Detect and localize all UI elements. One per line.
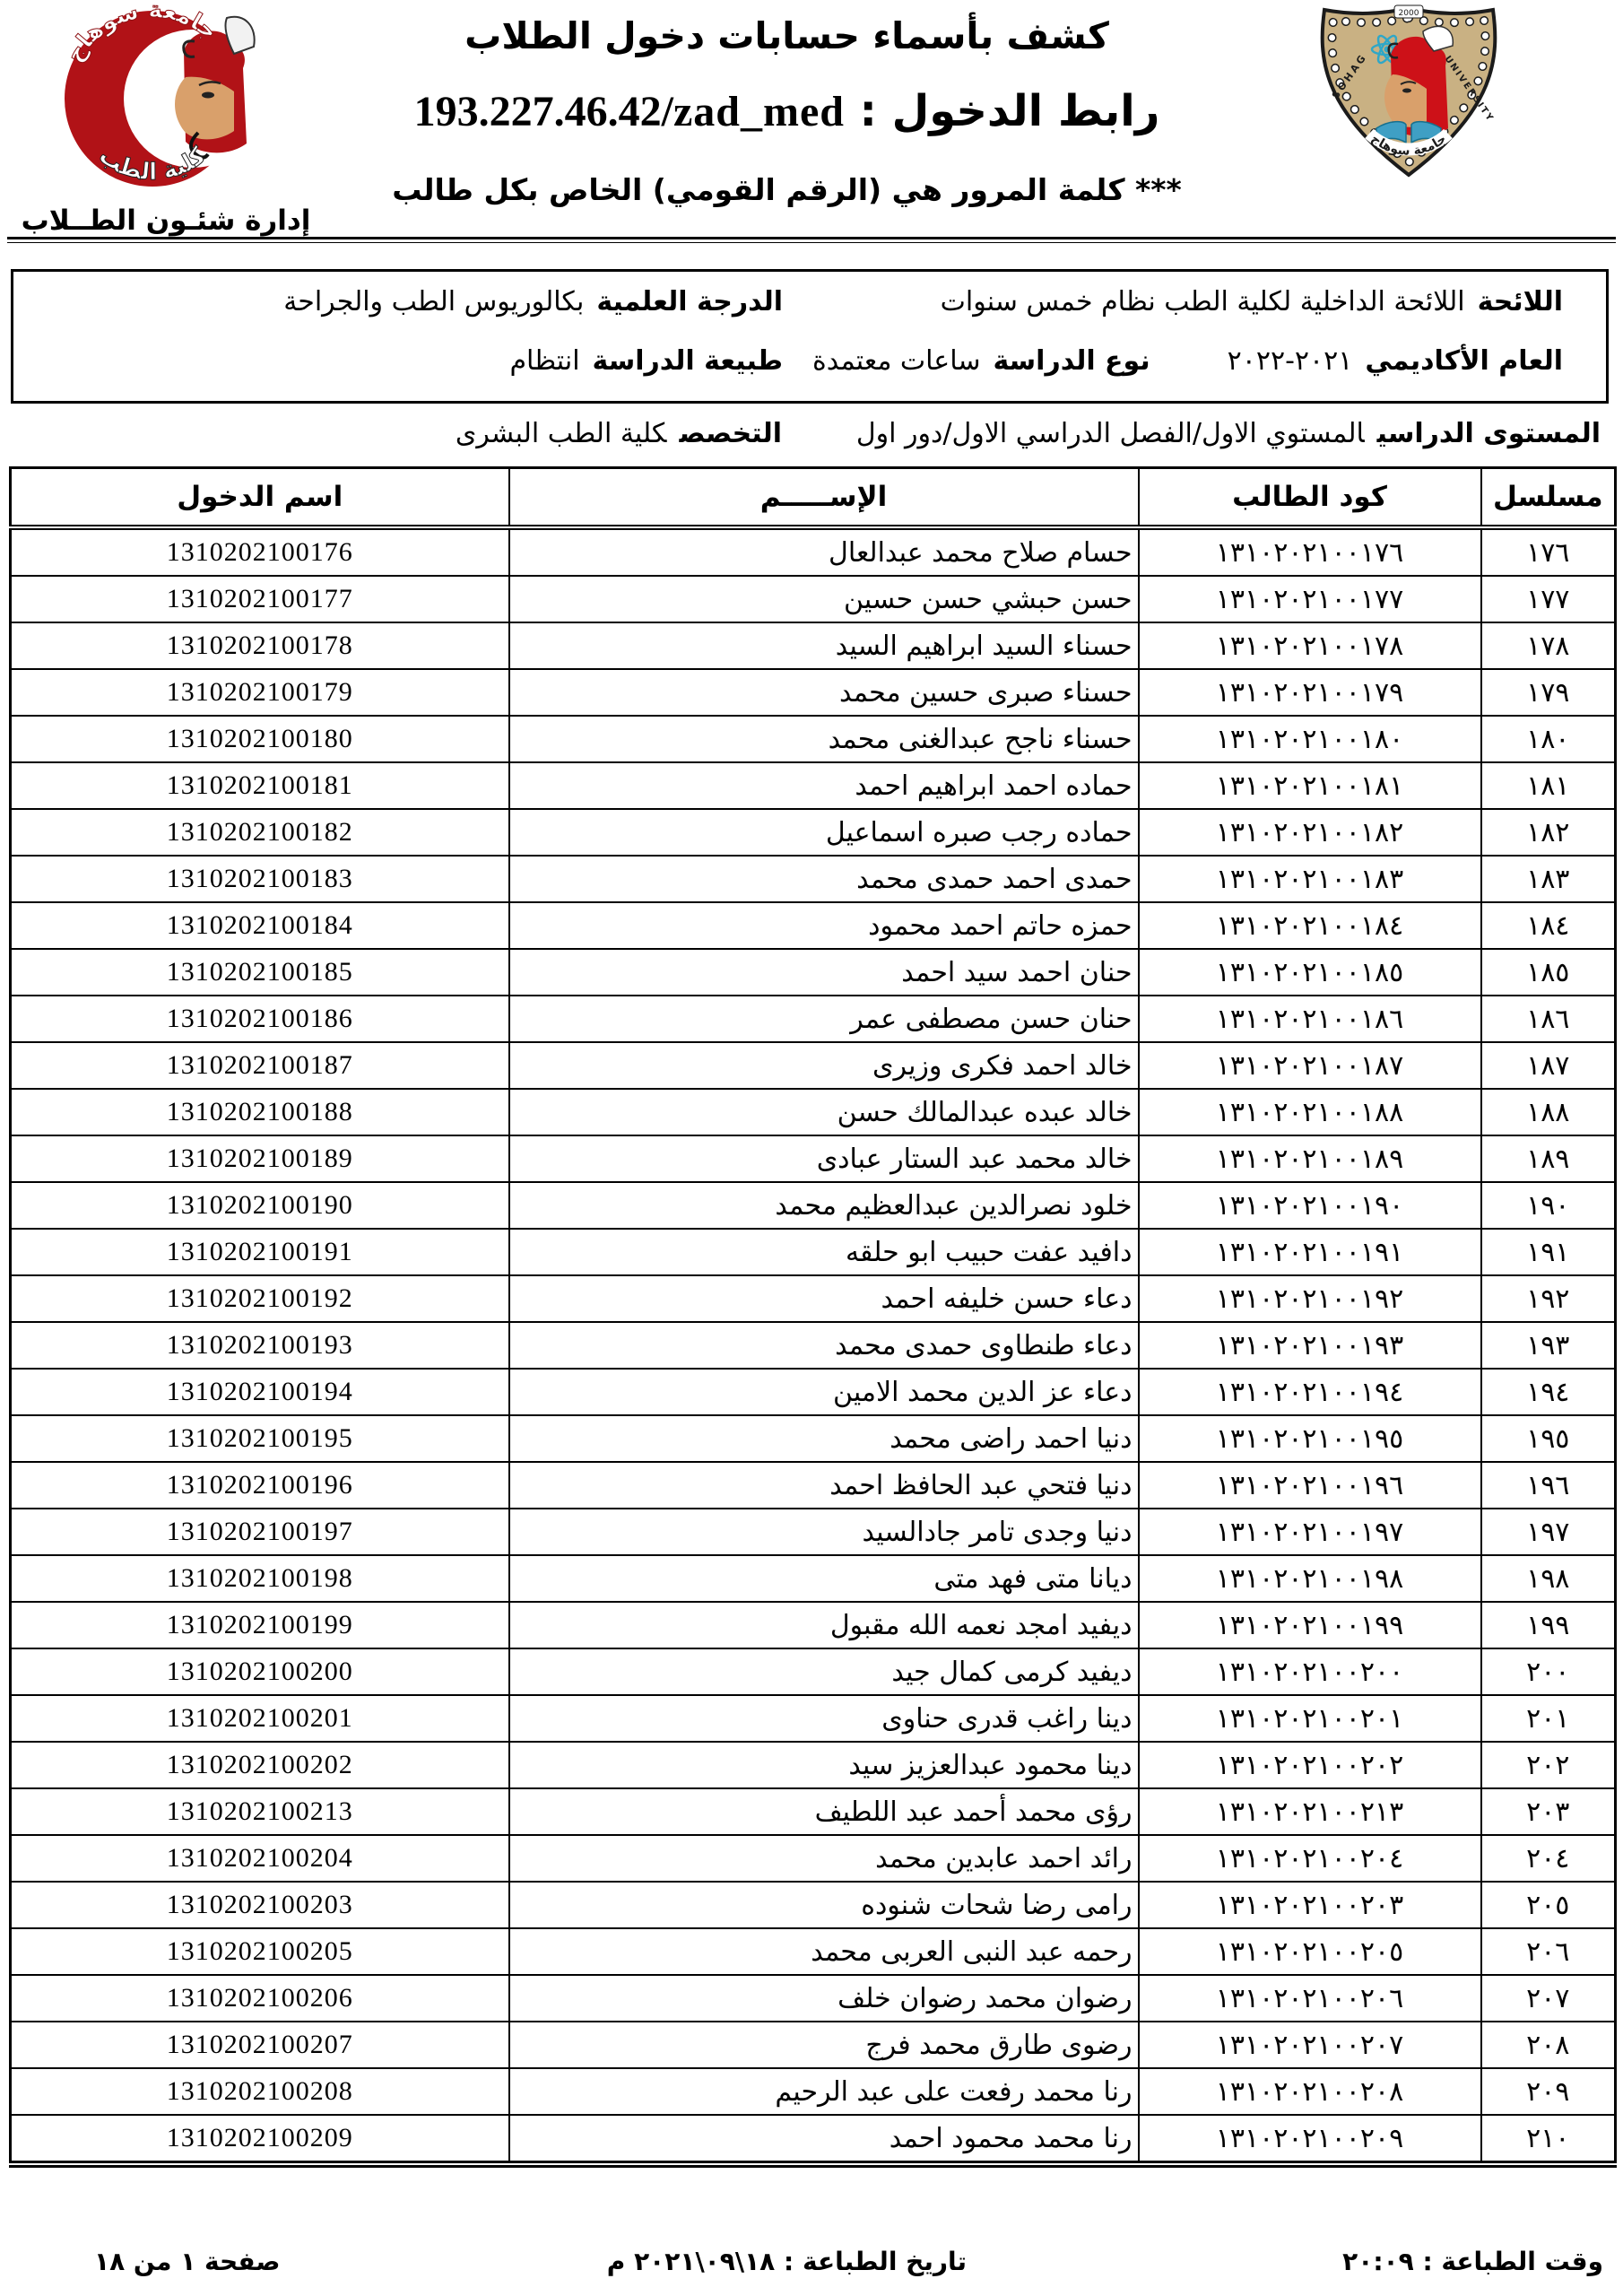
cell-code: ١٣١٠٢٠٢١٠٠٢٠٠ [1139,1648,1481,1695]
level-field: المستوى الدراسيالمستوي الاول/الفصل الدرا… [856,418,1601,449]
cell-serial: ١٩٠ [1481,1182,1616,1229]
cell-name: دينا راغب قدرى حناوى [509,1695,1139,1742]
cell-name: حسن حبشي حسن حسين [509,576,1139,622]
table-row: ٢٠١١٣١٠٢٠٢١٠٠٢٠١دينا راغب قدرى حناوى1310… [11,1695,1616,1742]
cell-name: حسام صلاح محمد عبدالعال [509,527,1139,576]
regulation-field: اللائحةاللائحة الداخلية لكلية الطب نظام … [941,286,1563,317]
document-page: جامعة سوهاج كلية الطب إدارة شئـون الطــل… [0,0,1623,2296]
cell-name: رنا محمد رفعت على عبد الرحيم [509,2068,1139,2115]
cell-serial: ٢٠٧ [1481,1975,1616,2022]
header-serial: مسلسل [1481,468,1616,528]
login-link-value: 193.227.46.42/zad_med [414,88,845,135]
cell-serial: ١٩٦ [1481,1462,1616,1509]
cell-serial: ١٩٤ [1481,1369,1616,1415]
study-type-value: ساعات معتمدة [812,345,981,377]
cell-name: دنيا احمد راضى محمد [509,1415,1139,1462]
cell-serial: ٢٠٣ [1481,1788,1616,1835]
cell-name: دافيد عفت حبيب ابو حلقه [509,1229,1139,1275]
cell-serial: ١٩٣ [1481,1322,1616,1369]
cell-name: دعاء حسن خليفه احمد [509,1275,1139,1322]
table-row: ١٨٥١٣١٠٢٠٢١٠٠١٨٥حنان احمد سيد احمد131020… [11,949,1616,996]
table-row: ١٩٣١٣١٠٢٠٢١٠٠١٩٣دعاء طنطاوى حمدى محمد131… [11,1322,1616,1369]
student-affairs-caption: إدارة شئـون الطــلاب [13,204,318,237]
cell-serial: ١٨٤ [1481,902,1616,949]
cell-name: ديانا متى فهد متى [509,1555,1139,1602]
table-row: ١٩٦١٣١٠٢٠٢١٠٠١٩٦دنيا فتحي عبد الحافظ احم… [11,1462,1616,1509]
footer-print-time: وقت الطباعة : ٢٠:٠٩ [1342,2247,1603,2276]
cell-name: رحمه عبد النبى العربى محمد [509,1928,1139,1975]
cell-login: 1310202100199 [11,1602,509,1648]
cell-login: 1310202100202 [11,1742,509,1788]
cell-code: ١٣١٠٢٠٢١٠٠٢٠٨ [1139,2068,1481,2115]
cell-code: ١٣١٠٢٠٢١٠٠١٨٤ [1139,902,1481,949]
year-and-type-fields: العام الأكاديمي٢٠٢١-٢٠٢٢نوع الدراسةساعات… [812,345,1563,377]
pharaoh-face-icon [175,77,234,140]
table-row: ١٩٩١٣١٠٢٠٢١٠٠١٩٩ديفيد امجد نعمه الله مقب… [11,1602,1616,1648]
cell-code: ١٣١٠٢٠٢١٠٠١٩١ [1139,1229,1481,1275]
cell-code: ١٣١٠٢٠٢١٠٠١٨٦ [1139,996,1481,1042]
cell-serial: ٢٠٠ [1481,1648,1616,1695]
cell-code: ١٣١٠٢٠٢١٠٠١٨٢ [1139,809,1481,856]
cell-name: حمزه حاتم احمد محمود [509,902,1139,949]
password-note-bold: (الرقم القومي) [653,172,881,207]
cell-name: رنا محمد محمود احمد [509,2115,1139,2164]
level-label: المستوى الدراسي [1377,418,1601,449]
cell-login: 1310202100192 [11,1275,509,1322]
table-row: ١٩١١٣١٠٢٠٢١٠٠١٩١دافيد عفت حبيب ابو حلقه1… [11,1229,1616,1275]
cell-code: ١٣١٠٢٠٢١٠٠١٧٦ [1139,527,1481,576]
cell-login: 1310202100191 [11,1229,509,1275]
cell-name: خلود نصرالدين عبدالعظيم محمد [509,1182,1139,1229]
cell-serial: ١٧٦ [1481,527,1616,576]
cell-name: رضوى طارق محمد فرج [509,2022,1139,2068]
cell-name: حماده رجب صبره اسماعيل [509,809,1139,856]
cell-serial: ١٩٩ [1481,1602,1616,1648]
page-footer: وقت الطباعة : ٢٠:٠٩ تاريخ الطباعة : ١٨\٠… [9,2247,1614,2287]
cell-login: 1310202100203 [11,1882,509,1928]
cell-code: ١٣١٠٢٠٢١٠٠١٨٥ [1139,949,1481,996]
table-row: ٢٠٧١٣١٠٢٠٢١٠٠٢٠٦رضوان محمد رضوان خلف1310… [11,1975,1616,2022]
cell-serial: ١٩٥ [1481,1415,1616,1462]
cell-login: 1310202100193 [11,1322,509,1369]
cell-serial: ١٨١ [1481,762,1616,809]
cell-name: حسناء ناجح عبدالغنى محمد [509,716,1139,762]
cell-login: 1310202100190 [11,1182,509,1229]
cell-name: حمدى احمد حمدى محمد [509,856,1139,902]
cell-login: 1310202100206 [11,1975,509,2022]
table-row: ٢٠٢١٣١٠٢٠٢١٠٠٢٠٢دينا محمود عبدالعزيز سيد… [11,1742,1616,1788]
table-row: ١٧٦١٣١٠٢٠٢١٠٠١٧٦حسام صلاح محمد عبدالعال1… [11,527,1616,576]
table-row: ١٧٩١٣١٠٢٠٢١٠٠١٧٩حسناء صبرى حسين محمد1310… [11,669,1616,716]
cell-login: 1310202100205 [11,1928,509,1975]
cell-name: رضوان محمد رضوان خلف [509,1975,1139,2022]
cell-code: ١٣١٠٢٠٢١٠٠١٩٣ [1139,1322,1481,1369]
regulation-value: اللائحة الداخلية لكلية الطب نظام خمس سنو… [941,286,1465,317]
cell-login: 1310202100185 [11,949,509,996]
table-row: ١٨٠١٣١٠٢٠٢١٠٠١٨٠حسناء ناجح عبدالغنى محمد… [11,716,1616,762]
emblem-eye-icon [1402,89,1411,93]
cell-serial: ١٩٢ [1481,1275,1616,1322]
cell-code: ١٣١٠٢٠٢١٠٠٢٠٥ [1139,1928,1481,1975]
table-row: ١٨٣١٣١٠٢٠٢١٠٠١٨٣حمدى احمد حمدى محمد13102… [11,856,1616,902]
cell-serial: ١٨٠ [1481,716,1616,762]
degree-value: بكالوريوس الطب والجراحة [283,286,584,317]
cell-code: ١٣١٠٢٠٢١٠٠٢٠٢ [1139,1742,1481,1788]
faculty-of-medicine-logo-icon: جامعة سوهاج كلية الطب [49,2,300,204]
specialization-value: كلية الطب البشرى [456,418,667,449]
table-row: ٢٠٥١٣١٠٢٠٢١٠٠٢٠٣رامى رضا شحات شنوده13102… [11,1882,1616,1928]
cell-name: حماده احمد ابراهيم احمد [509,762,1139,809]
table-row: ٢٠٣١٣١٠٢٠٢١٠٠٢١٣رؤى محمد أحمد عبد اللطيف… [11,1788,1616,1835]
cell-name: رامى رضا شحات شنوده [509,1882,1139,1928]
table-row: ١٩٧١٣١٠٢٠٢١٠٠١٩٧دنيا وجدى تامر جادالسيد1… [11,1509,1616,1555]
cell-login: 1310202100186 [11,996,509,1042]
cell-login: 1310202100197 [11,1509,509,1555]
cell-name: حنان حسن مصطفى عمر [509,996,1139,1042]
cell-name: خالد محمد عبد الستار عبادى [509,1135,1139,1182]
table-row: ٢٠٦١٣١٠٢٠٢١٠٠٢٠٥رحمه عبد النبى العربى مح… [11,1928,1616,1975]
student-table-body: ١٧٦١٣١٠٢٠٢١٠٠١٧٦حسام صلاح محمد عبدالعال1… [11,527,1616,2164]
level-line: المستوى الدراسيالمستوي الاول/الفصل الدرا… [0,418,1623,457]
cell-code: ١٣١٠٢٠٢١٠٠١٨٩ [1139,1135,1481,1182]
cell-login: 1310202100198 [11,1555,509,1602]
cell-serial: ٢١٠ [1481,2115,1616,2164]
footer-page-number: صفحة ١ من ١٨ [94,2247,280,2276]
table-row: ١٩٠١٣١٠٢٠٢١٠٠١٩٠خلود نصرالدين عبدالعظيم … [11,1182,1616,1229]
cell-serial: ١٩٨ [1481,1555,1616,1602]
cell-serial: ٢٠٥ [1481,1882,1616,1928]
cell-login: 1310202100176 [11,527,509,576]
study-nature-value: انتظام [509,345,579,377]
header-student-code: كود الطالب [1139,468,1481,528]
study-type-label: نوع الدراسة [993,345,1150,377]
table-header-row: مسلسل كود الطالب الإســـــم اسم الدخول [11,468,1616,528]
header-divider [7,237,1616,243]
cell-serial: ٢٠٦ [1481,1928,1616,1975]
table-row: ٢٠٠١٣١٠٢٠٢١٠٠٢٠٠ديفيد كرمى كمال جيد13102… [11,1648,1616,1695]
cell-serial: ٢٠١ [1481,1695,1616,1742]
table-row: ١٩٢١٣١٠٢٠٢١٠٠١٩٢دعاء حسن خليفه احمد13102… [11,1275,1616,1322]
cell-login: 1310202100180 [11,716,509,762]
table-row: ١٧٨١٣١٠٢٠٢١٠٠١٧٨حسناء السيد ابراهيم السي… [11,622,1616,669]
cell-login: 1310202100204 [11,1835,509,1882]
cell-name: ديفيد كرمى كمال جيد [509,1648,1139,1695]
cell-serial: ١٨٩ [1481,1135,1616,1182]
cell-name: حسناء صبرى حسين محمد [509,669,1139,716]
table-row: ٢٠٨١٣١٠٢٠٢١٠٠٢٠٧رضوى طارق محمد فرج131020… [11,2022,1616,2068]
degree-label: الدرجة العلمية [596,286,783,317]
cell-login: 1310202100207 [11,2022,509,2068]
cell-code: ١٣١٠٢٠٢١٠٠١٩٠ [1139,1182,1481,1229]
cell-serial: ٢٠٨ [1481,2022,1616,2068]
cell-login: 1310202100181 [11,762,509,809]
cell-code: ١٣١٠٢٠٢١٠٠٢٠٤ [1139,1835,1481,1882]
academic-year-label: العام الأكاديمي [1365,345,1563,377]
cell-code: ١٣١٠٢٠٢١٠٠٢٠٦ [1139,1975,1481,2022]
cell-name: ديفيد امجد نعمه الله مقبول [509,1602,1139,1648]
cell-name: حسناء السيد ابراهيم السيد [509,622,1139,669]
cell-code: ١٣١٠٢٠٢١٠٠٢٠٩ [1139,2115,1481,2164]
table-row: ١٩٤١٣١٠٢٠٢١٠٠١٩٤دعاء عز الدين محمد الامي… [11,1369,1616,1415]
cell-serial: ١٧٩ [1481,669,1616,716]
emblem-year-text: 2000 [1399,9,1419,18]
cell-login: 1310202100201 [11,1695,509,1742]
cell-name: دنيا وجدى تامر جادالسيد [509,1509,1139,1555]
cell-code: ١٣١٠٢٠٢١٠٠١٩٨ [1139,1555,1481,1602]
cell-code: ١٣١٠٢٠٢١٠٠١٩٧ [1139,1509,1481,1555]
cell-login: 1310202100208 [11,2068,509,2115]
cell-name: رؤى محمد أحمد عبد اللطيف [509,1788,1139,1835]
study-nature-field: طبيعة الدراسةانتظام [509,345,783,377]
cell-code: ١٣١٠٢٠٢١٠٠٢٠٣ [1139,1882,1481,1928]
info-box: اللائحةاللائحة الداخلية لكلية الطب نظام … [11,269,1609,404]
cell-login: 1310202100194 [11,1369,509,1415]
cell-serial: ١٨٦ [1481,996,1616,1042]
table-row: ٢١٠١٣١٠٢٠٢١٠٠٢٠٩رنا محمد محمود احمد13102… [11,2115,1616,2164]
cell-code: ١٣١٠٢٠٢١٠٠١٨١ [1139,762,1481,809]
table-row: ١٨٦١٣١٠٢٠٢١٠٠١٨٦حنان حسن مصطفى عمر131020… [11,996,1616,1042]
eye-icon [202,92,214,99]
cell-serial: ١٨٣ [1481,856,1616,902]
password-note: *** كلمة المرور هي (الرقم القومي) الخاص … [305,172,1269,207]
cell-code: ١٣١٠٢٠٢١٠٠١٩٢ [1139,1275,1481,1322]
login-link-line: رابط الدخول : 193.227.46.42/zad_med [305,86,1269,136]
cell-login: 1310202100195 [11,1415,509,1462]
cell-serial: ٢٠٤ [1481,1835,1616,1882]
cell-name: خالد احمد فكرى وزيرى [509,1042,1139,1089]
specialization-field: التخصصكلية الطب البشرى [456,418,782,449]
cell-serial: ١٨٢ [1481,809,1616,856]
cell-login: 1310202100200 [11,1648,509,1695]
table-row: ١٨٢١٣١٠٢٠٢١٠٠١٨٢حماده رجب صبره اسماعيل13… [11,809,1616,856]
table-row: ١٨٤١٣١٠٢٠٢١٠٠١٨٤حمزه حاتم احمد محمود1310… [11,902,1616,949]
cell-name: حنان احمد سيد احمد [509,949,1139,996]
specialization-label: التخصص [679,418,782,449]
regulation-label: اللائحة [1478,286,1563,317]
cell-code: ١٣١٠٢٠٢١٠٠٢٠١ [1139,1695,1481,1742]
header-login-name: اسم الدخول [11,468,509,528]
footer-print-date: تاريخ الطباعة : ١٨\٠٩\٢٠٢١ م [607,2247,967,2276]
cell-serial: ١٧٨ [1481,622,1616,669]
study-nature-label: طبيعة الدراسة [593,345,783,377]
cell-serial: ١٨٥ [1481,949,1616,996]
password-note-prefix: *** كلمة المرور هي [881,172,1182,207]
cell-name: دعاء طنطاوى حمدى محمد [509,1322,1139,1369]
cell-name: دعاء عز الدين محمد الامين [509,1369,1139,1415]
university-emblem-icon: 2000 SOHAG UNIVERSITY جامعة سوهاج [1305,2,1513,181]
cell-serial: ٢٠٩ [1481,2068,1616,2115]
table-row: ١٨٧١٣١٠٢٠٢١٠٠١٨٧خالد احمد فكرى وزيرى1310… [11,1042,1616,1089]
cell-login: 1310202100209 [11,2115,509,2164]
cell-name: دينا محمود عبدالعزيز سيد [509,1742,1139,1788]
cell-code: ١٣١٠٢٠٢١٠٠١٩٤ [1139,1369,1481,1415]
table-row: ١٨٨١٣١٠٢٠٢١٠٠١٨٨خالد عبده عبدالمالك حسن1… [11,1089,1616,1135]
cell-serial: ١٨٧ [1481,1042,1616,1089]
cell-code: ١٣١٠٢٠٢١٠٠١٨٣ [1139,856,1481,902]
cell-name: خالد عبده عبدالمالك حسن [509,1089,1139,1135]
cell-login: 1310202100178 [11,622,509,669]
cell-login: 1310202100177 [11,576,509,622]
login-link-label: رابط الدخول : [845,86,1159,136]
cell-code: ١٣١٠٢٠٢١٠٠١٩٦ [1139,1462,1481,1509]
table-row: ١٨١١٣١٠٢٠٢١٠٠١٨١حماده احمد ابراهيم احمد1… [11,762,1616,809]
students-table: مسلسل كود الطالب الإســـــم اسم الدخول ١… [9,466,1617,2168]
cell-code: ١٣١٠٢٠٢١٠٠١٨٧ [1139,1042,1481,1089]
cell-code: ١٣١٠٢٠٢١٠٠١٧٩ [1139,669,1481,716]
table-row: ٢٠٤١٣١٠٢٠٢١٠٠٢٠٤رائد احمد عابدين محمد131… [11,1835,1616,1882]
cell-code: ١٣١٠٢٠٢١٠٠٢١٣ [1139,1788,1481,1835]
cell-login: 1310202100184 [11,902,509,949]
degree-field: الدرجة العلميةبكالوريوس الطب والجراحة [283,286,783,317]
cell-serial: ١٧٧ [1481,576,1616,622]
cell-code: ١٣١٠٢٠٢١٠٠١٧٨ [1139,622,1481,669]
cell-code: ١٣١٠٢٠٢١٠٠١٨٨ [1139,1089,1481,1135]
table-row: ١٧٧١٣١٠٢٠٢١٠٠١٧٧حسن حبشي حسن حسين1310202… [11,576,1616,622]
cell-serial: ١٩٧ [1481,1509,1616,1555]
cell-name: رائد احمد عابدين محمد [509,1835,1139,1882]
header-name: الإســـــم [509,468,1139,528]
cell-code: ١٣١٠٢٠٢١٠٠١٩٥ [1139,1415,1481,1462]
cell-serial: ١٨٨ [1481,1089,1616,1135]
cell-login: 1310202100182 [11,809,509,856]
cell-name: دنيا فتحي عبد الحافظ احمد [509,1462,1139,1509]
cell-login: 1310202100196 [11,1462,509,1509]
cell-login: 1310202100187 [11,1042,509,1089]
cell-code: ١٣١٠٢٠٢١٠٠١٧٧ [1139,576,1481,622]
cell-login: 1310202100188 [11,1089,509,1135]
level-value: المستوي الاول/الفصل الدراسي الاول/دور او… [856,418,1365,449]
academic-year-value: ٢٠٢١-٢٠٢٢ [1228,345,1353,377]
cell-login: 1310202100213 [11,1788,509,1835]
cell-serial: ١٩١ [1481,1229,1616,1275]
cell-code: ١٣١٠٢٠٢١٠٠٢٠٧ [1139,2022,1481,2068]
table-row: ١٩٥١٣١٠٢٠٢١٠٠١٩٥دنيا احمد راضى محمد13102… [11,1415,1616,1462]
table-row: ١٩٨١٣١٠٢٠٢١٠٠١٩٨ديانا متى فهد متى1310202… [11,1555,1616,1602]
cell-code: ١٣١٠٢٠٢١٠٠١٨٠ [1139,716,1481,762]
password-note-suffix: الخاص بكل طالب [392,172,653,207]
table-row: ١٨٩١٣١٠٢٠٢١٠٠١٨٩خالد محمد عبد الستار عبا… [11,1135,1616,1182]
cell-code: ١٣١٠٢٠٢١٠٠١٩٩ [1139,1602,1481,1648]
cell-serial: ٢٠٢ [1481,1742,1616,1788]
cell-login: 1310202100189 [11,1135,509,1182]
table-row: ٢٠٩١٣١٠٢٠٢١٠٠٢٠٨رنا محمد رفعت على عبد ال… [11,2068,1616,2115]
cell-login: 1310202100179 [11,669,509,716]
page-title: كشف بأسماء حسابات دخول الطلاب [305,14,1269,57]
cell-login: 1310202100183 [11,856,509,902]
